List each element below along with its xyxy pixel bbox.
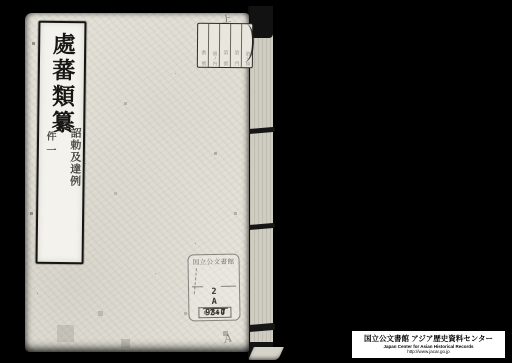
label-column-text: 第 門	[233, 50, 238, 66]
label-column: 冊ノ内	[208, 24, 219, 67]
label-column-text: 番 號	[200, 50, 205, 66]
circle-seal-icon: ◎	[204, 310, 209, 316]
watermark-url: http://www.jacar.go.jp	[407, 349, 450, 354]
paper-texture-specks	[25, 13, 26, 14]
binding-tie	[247, 127, 275, 134]
label-column: 第 門	[230, 24, 241, 67]
book-title: 處蕃類纂	[50, 32, 74, 136]
book-subtitle: 詔勅及達例	[69, 127, 81, 187]
protruding-page-corner	[248, 347, 284, 360]
binding-tie	[247, 323, 276, 332]
archive-watermark: 国立公文書館 アジア歴史資料センター Japan Center for Asia…	[352, 331, 505, 358]
book-number-box: ◎ 740	[198, 307, 231, 319]
stamp-dash	[192, 286, 203, 287]
watermark-org-japanese: 国立公文書館 アジア歴史資料センター	[364, 335, 493, 344]
binding-tie	[247, 223, 275, 230]
title-slip: 處蕃類纂 詔勅及達例 件一	[36, 21, 87, 265]
binding-shadow-top	[250, 6, 273, 38]
call-number-class: 2 A	[203, 288, 228, 309]
scanned-document-view: 處蕃類纂 詔勅及達例 件一 上 第十類 第 門 第 號 冊ノ内 番 號 国立公文…	[0, 0, 512, 363]
stamp-dash	[221, 286, 236, 287]
label-column-text: 第 號	[222, 50, 227, 66]
label-column-text: 冊ノ内	[211, 51, 216, 66]
label-column: 番 號	[198, 24, 208, 67]
stamp-institution-name: 国立公文書館	[188, 257, 238, 267]
label-column: 第 號	[219, 24, 230, 67]
book-volume-note: 件一	[44, 131, 54, 159]
accession-stamp: 国立公文書館 2 A 93-7 ◎ 740	[187, 254, 240, 322]
stamp-side-marks	[194, 268, 199, 294]
book-number: 740	[209, 309, 226, 317]
